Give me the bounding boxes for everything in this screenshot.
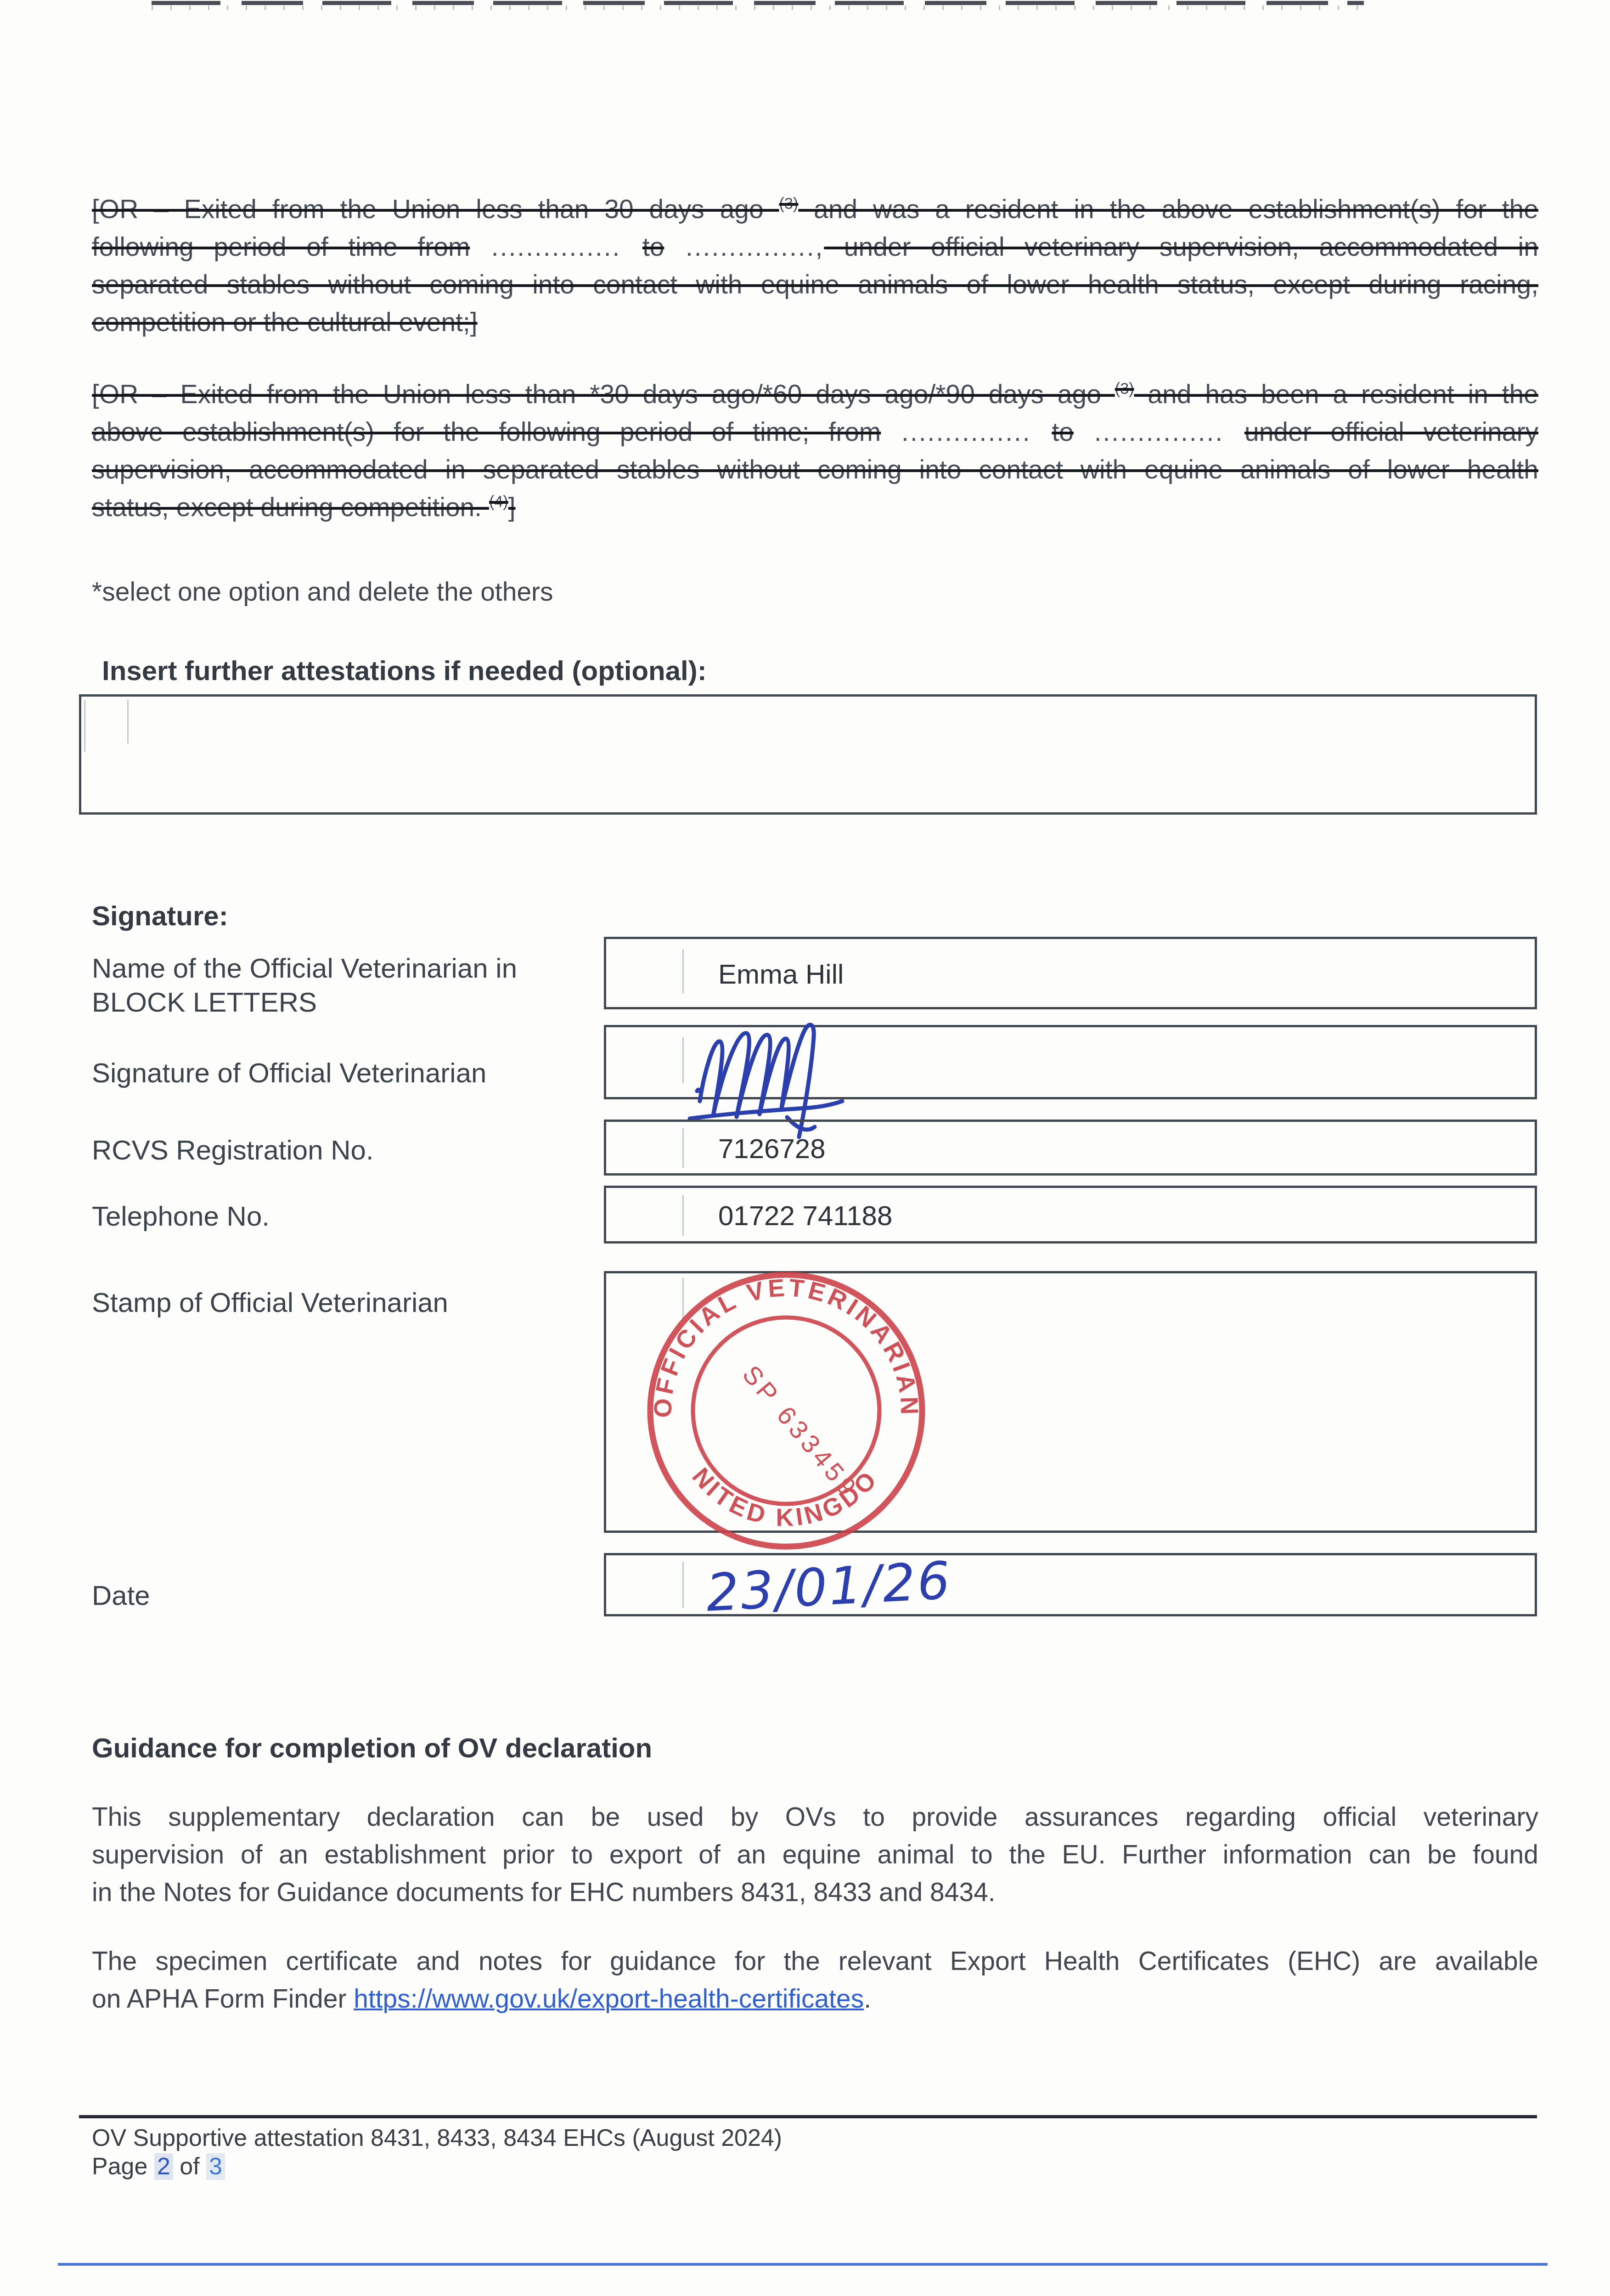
name-label: Name of the Official Veterinarian in BLO… <box>92 951 602 1019</box>
footer-page-number: Page 2 of 3 <box>92 2153 225 2180</box>
scan-tick-mark <box>127 699 129 743</box>
date-label: Date <box>92 1579 602 1613</box>
date-value: 23/01/26 <box>705 1551 953 1623</box>
telephone-label: Telephone No. <box>92 1199 602 1233</box>
link-suffix-period: . <box>864 1984 871 2014</box>
select-option-note: *select one option and delete the others <box>92 577 553 607</box>
bottom-blue-rule <box>58 2263 1548 2266</box>
apha-form-finder-text: on APHA Form Finder <box>92 1984 354 2014</box>
guidance-paragraph-2-line1: The specimen certificate and notes for g… <box>92 1942 1538 1980</box>
export-health-certificates-link[interactable]: https://www.gov.uk/export-health-certifi… <box>354 1984 864 2014</box>
signature-heading: Signature: <box>92 900 228 932</box>
stamp-code-text: SP 633459 <box>737 1360 865 1504</box>
clipped-struck-text-fragment <box>152 0 1364 10</box>
signature-label: Signature of Official Veterinarian <box>92 1056 602 1090</box>
page-prefix: Page <box>92 2153 154 2180</box>
name-box: Emma Hill <box>604 937 1537 1009</box>
guidance-paragraph-1: This supplementary declaration can be us… <box>92 1798 1538 1911</box>
name-value: Emma Hill <box>718 958 844 990</box>
scan-tick-mark <box>84 700 85 752</box>
footer-doc-reference: OV Supportive attestation 8431, 8433, 84… <box>92 2124 782 2152</box>
rcvs-label: RCVS Registration No. <box>92 1133 602 1167</box>
scan-tick-mark <box>682 1128 684 1168</box>
further-attestations-heading: Insert further attestations if needed (o… <box>102 655 707 687</box>
page-current-field: 2 <box>154 2153 173 2180</box>
official-veterinarian-stamp: OFFICIAL VETERINARIAN UNITED KINGDOM SP … <box>639 1264 933 1558</box>
rcvs-value: 7126728 <box>718 1133 826 1165</box>
scan-tick-mark <box>682 1195 684 1236</box>
strikethrough-fragment-bar <box>152 1 1364 5</box>
telephone-value: 01722 741188 <box>718 1200 892 1232</box>
further-attestations-box <box>79 694 1537 815</box>
scan-tick-mark <box>682 949 684 993</box>
footer-divider <box>79 2115 1537 2118</box>
guidance-paragraph-2: The specimen certificate and notes for g… <box>92 1942 1538 2018</box>
page-total-field: 3 <box>206 2153 225 2180</box>
document-page: [OR – Exited from the Union less than 30… <box>0 0 1610 2296</box>
guidance-paragraph-2-line2: on APHA Form Finder https://www.gov.uk/e… <box>92 1980 1538 2018</box>
option1-paragraph: [OR – Exited from the Union less than 30… <box>92 191 1538 341</box>
telephone-box: 01722 741188 <box>604 1186 1537 1244</box>
rcvs-box: 7126728 <box>604 1120 1537 1176</box>
strikethrough-fragment-ticks <box>152 6 1364 10</box>
page-of: of <box>173 2153 206 2180</box>
option2-paragraph: [OR – Exited from the Union less than *3… <box>92 376 1538 526</box>
handwritten-date: 23/01/26 <box>698 1547 983 1648</box>
guidance-heading: Guidance for completion of OV declaratio… <box>92 1732 652 1764</box>
scan-tick-mark <box>682 1562 684 1608</box>
stamp-label: Stamp of Official Veterinarian <box>92 1286 602 1320</box>
